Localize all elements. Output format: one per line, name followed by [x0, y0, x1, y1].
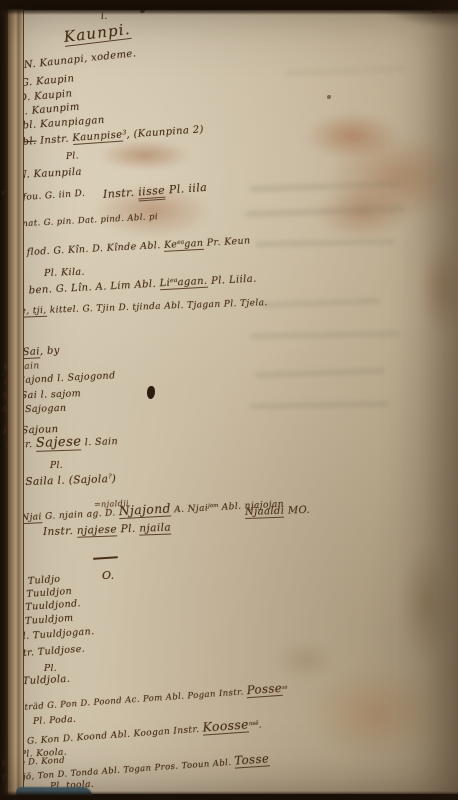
sai-headword: Sai — [22, 346, 40, 359]
ki-plural: Pl. Kila. — [44, 267, 85, 279]
po-superscript: ss — [282, 685, 288, 691]
ii-instr-label: Instr. — [103, 186, 139, 201]
sai-plural-label: Pl. — [50, 461, 63, 471]
sai-n-rest: , by — [40, 345, 61, 357]
njai-superscript: jom — [208, 503, 219, 510]
njai-mid2: A. Njai — [171, 503, 209, 515]
sai-pln-post: ) — [112, 473, 117, 485]
njai-headword: Njai — [21, 512, 42, 524]
to-instr-word: Tosse — [234, 751, 270, 768]
kaunpi-plural-label: Pl. — [66, 151, 80, 162]
ki-ablative-word: Keeagan — [164, 238, 204, 252]
ki-w2: gan — [184, 238, 204, 250]
ko-post: . — [258, 720, 262, 730]
manuscript-photo: 299 i. Kaunpi. N. Kaunapi, xodeme. G. Ka… — [0, 0, 458, 800]
bottom-shadow — [0, 791, 458, 800]
po-instr-word: Posse — [246, 681, 282, 698]
book-spine — [0, 0, 8, 800]
njai-instr-label: Instr. — [43, 525, 77, 538]
njai-dative-word: Njajond — [118, 500, 171, 519]
njai-instr-word: njajese — [77, 523, 118, 537]
njai-margin-note: Njaaldi MO. — [245, 505, 311, 518]
njai-margin-rest: MO. — [284, 505, 310, 517]
section-heading-o: O. — [102, 569, 115, 582]
ko-instr-word: Koosse — [202, 716, 249, 735]
njai-plural-word: njaila — [139, 522, 171, 536]
njai-plural-label: Pl. — [117, 523, 140, 536]
njai-margin-word: Njaaldi — [245, 506, 285, 519]
ii-instr-word: iisse — [138, 184, 166, 202]
sai-instr-word: Sajese — [36, 434, 82, 452]
sai-instr-rest: l. Sain — [81, 436, 118, 448]
tuldjo-plural-label: Pl. — [44, 664, 57, 674]
page-edge-stack — [7, 8, 24, 796]
li-w2: agan. — [177, 276, 207, 289]
ki-w1: Ke — [164, 239, 178, 251]
